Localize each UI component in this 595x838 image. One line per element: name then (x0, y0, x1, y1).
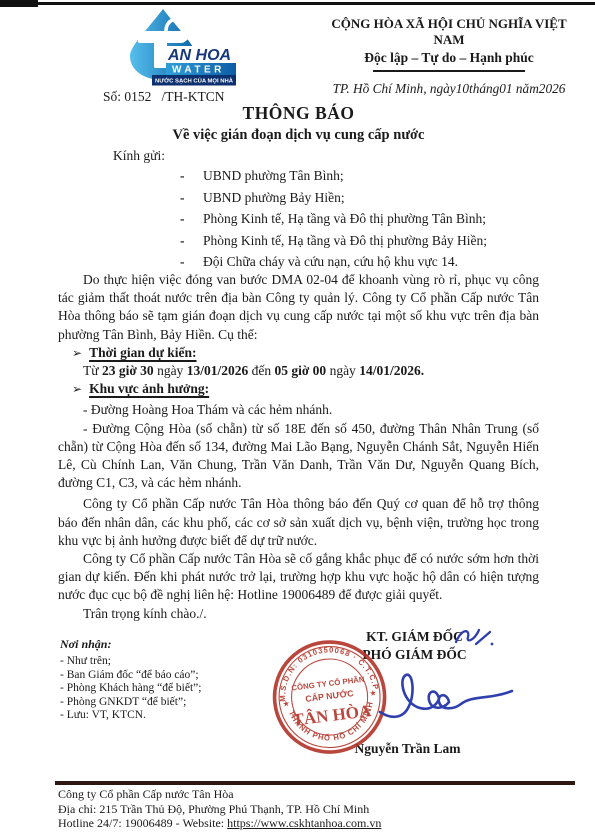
apology-paragraph: Công ty Cổ phần Cấp nước Tân Hòa sẽ cố g… (58, 550, 539, 605)
document-page: AN HOA WATER NƯỚC SẠCH CỦA MỌI NHÀ CỘNG … (0, 0, 595, 838)
time-section-heading: ➢Thời gian dự kiến: (58, 344, 539, 362)
footer: Công ty Cổ phần Cấp nước Tân Hòa Địa chỉ… (58, 787, 381, 831)
area-section-heading: ➢Khu vực ảnh hưởng: (58, 380, 539, 398)
notify-paragraph: Công ty Cổ phần Cấp nước Tân Hòa thông b… (58, 495, 539, 550)
recipient-item: -Phòng Kinh tế, Hạ tầng và Đô thị phường… (180, 211, 487, 233)
footer-contact: Hotline 24/7: 19006489 - Website: https:… (58, 816, 381, 831)
recipient-text: Phòng Kinh tế, Hạ tầng và Đô thị phường … (203, 211, 486, 227)
intro-paragraph: Do thực hiện việc đóng van bước DMA 02-0… (58, 271, 539, 344)
recipient-item: -UBND phường Bảy Hiền; (180, 190, 487, 212)
logo-tagline-text: NƯỚC SẠCH CỦA MỌI NHÀ (155, 77, 234, 85)
footer-divider (55, 781, 575, 785)
arrow-marker-icon: ➢ (72, 380, 82, 398)
motto-underline (373, 70, 525, 72)
logo-brand-text: AN HOA (167, 47, 231, 64)
document-subtitle: Về việc gián đoạn dịch vụ cung cấp nước (58, 127, 539, 144)
distribution-label: Nơi nhận: (60, 637, 280, 652)
recipient-text: Đội Chữa cháy và cứu nạn, cứu hộ khu vực… (203, 254, 458, 270)
arrow-marker-icon: ➢ (72, 344, 82, 362)
area-item: - Đường Hoàng Hoa Thám và các hẻm nhánh. (58, 401, 539, 419)
national-motto: Độc lập – Tự do – Hạnh phúc (318, 50, 580, 67)
recipient-text: UBND phường Bảy Hiền; (203, 190, 345, 206)
signature-icon (376, 652, 518, 734)
dash-marker: - (180, 254, 203, 270)
dash-marker: - (180, 190, 203, 206)
dash-marker: - (180, 211, 203, 227)
scan-edge-top (0, 2, 595, 5)
logo-water-text: WATER (172, 65, 225, 76)
distribution-item: - Phòng Khách hàng “để biết”; (60, 682, 280, 696)
stamp-center-line1: CÔNG TY CỔ PHẦN (291, 674, 366, 693)
national-title: CỘNG HÒA XÃ HỘI CHỦ NGHĨA VIỆT NAM (318, 16, 580, 49)
recipient-text: Phòng Kinh tế, Hạ tầng và Đô thị phường … (203, 233, 487, 249)
area-item: - Đường Cộng Hòa (số chẵn) từ số 18E đến… (58, 420, 539, 493)
company-logo: AN HOA WATER NƯỚC SẠCH CỦA MỌI NHÀ (126, 8, 236, 92)
stamp-star-left-icon: ★ (282, 699, 290, 709)
signature (376, 652, 518, 739)
distribution-item: - Ban Giám đốc “để báo cáo”; (60, 669, 280, 683)
place-date: TP. Hồ Chí Minh, ngày10tháng01 năm2026 (318, 81, 580, 98)
distribution-item: - Phòng GNKDT “để biết”; (60, 696, 280, 710)
recipient-list: -UBND phường Tân Bình; -UBND phường Bảy … (180, 168, 487, 276)
recipient-item: -Phòng Kinh tế, Hạ tầng và Đô thị phường… (180, 233, 487, 255)
water-drop-logo-icon: AN HOA WATER NƯỚC SẠCH CỦA MỌI NHÀ (126, 8, 236, 87)
distribution-item: - Như trên; (60, 655, 280, 669)
national-header: CỘNG HÒA XÃ HỘI CHỦ NGHĨA VIỆT NAM Độc l… (318, 16, 580, 97)
initial-scribble-icon (452, 620, 494, 652)
dash-marker: - (180, 168, 203, 184)
approval-initial (452, 620, 494, 657)
footer-address: Địa chỉ: 215 Trần Thủ Độ, Phường Phú Thạ… (58, 802, 381, 817)
time-detail-line: Từ 23 giờ 30 ngày 13/01/2026 đến 05 giờ … (58, 362, 539, 380)
dash-marker: - (180, 233, 203, 249)
footer-company: Công ty Cổ phần Cấp nước Tân Hòa (58, 787, 381, 802)
distribution-list: Nơi nhận: - Như trên; - Ban Giám đốc “để… (60, 637, 280, 723)
document-body: Do thực hiện việc đóng van bước DMA 02-0… (58, 271, 539, 623)
salutation-label: Kính gửi: (113, 148, 165, 164)
recipient-text: UBND phường Tân Bình; (203, 168, 344, 184)
website-link[interactable]: https://www.cskhtanhoa.com.vn (227, 816, 381, 830)
document-title: THÔNG BÁO (58, 103, 539, 124)
distribution-item: - Lưu: VT, KTCN. (60, 709, 280, 723)
recipient-item: -UBND phường Tân Bình; (180, 168, 487, 190)
